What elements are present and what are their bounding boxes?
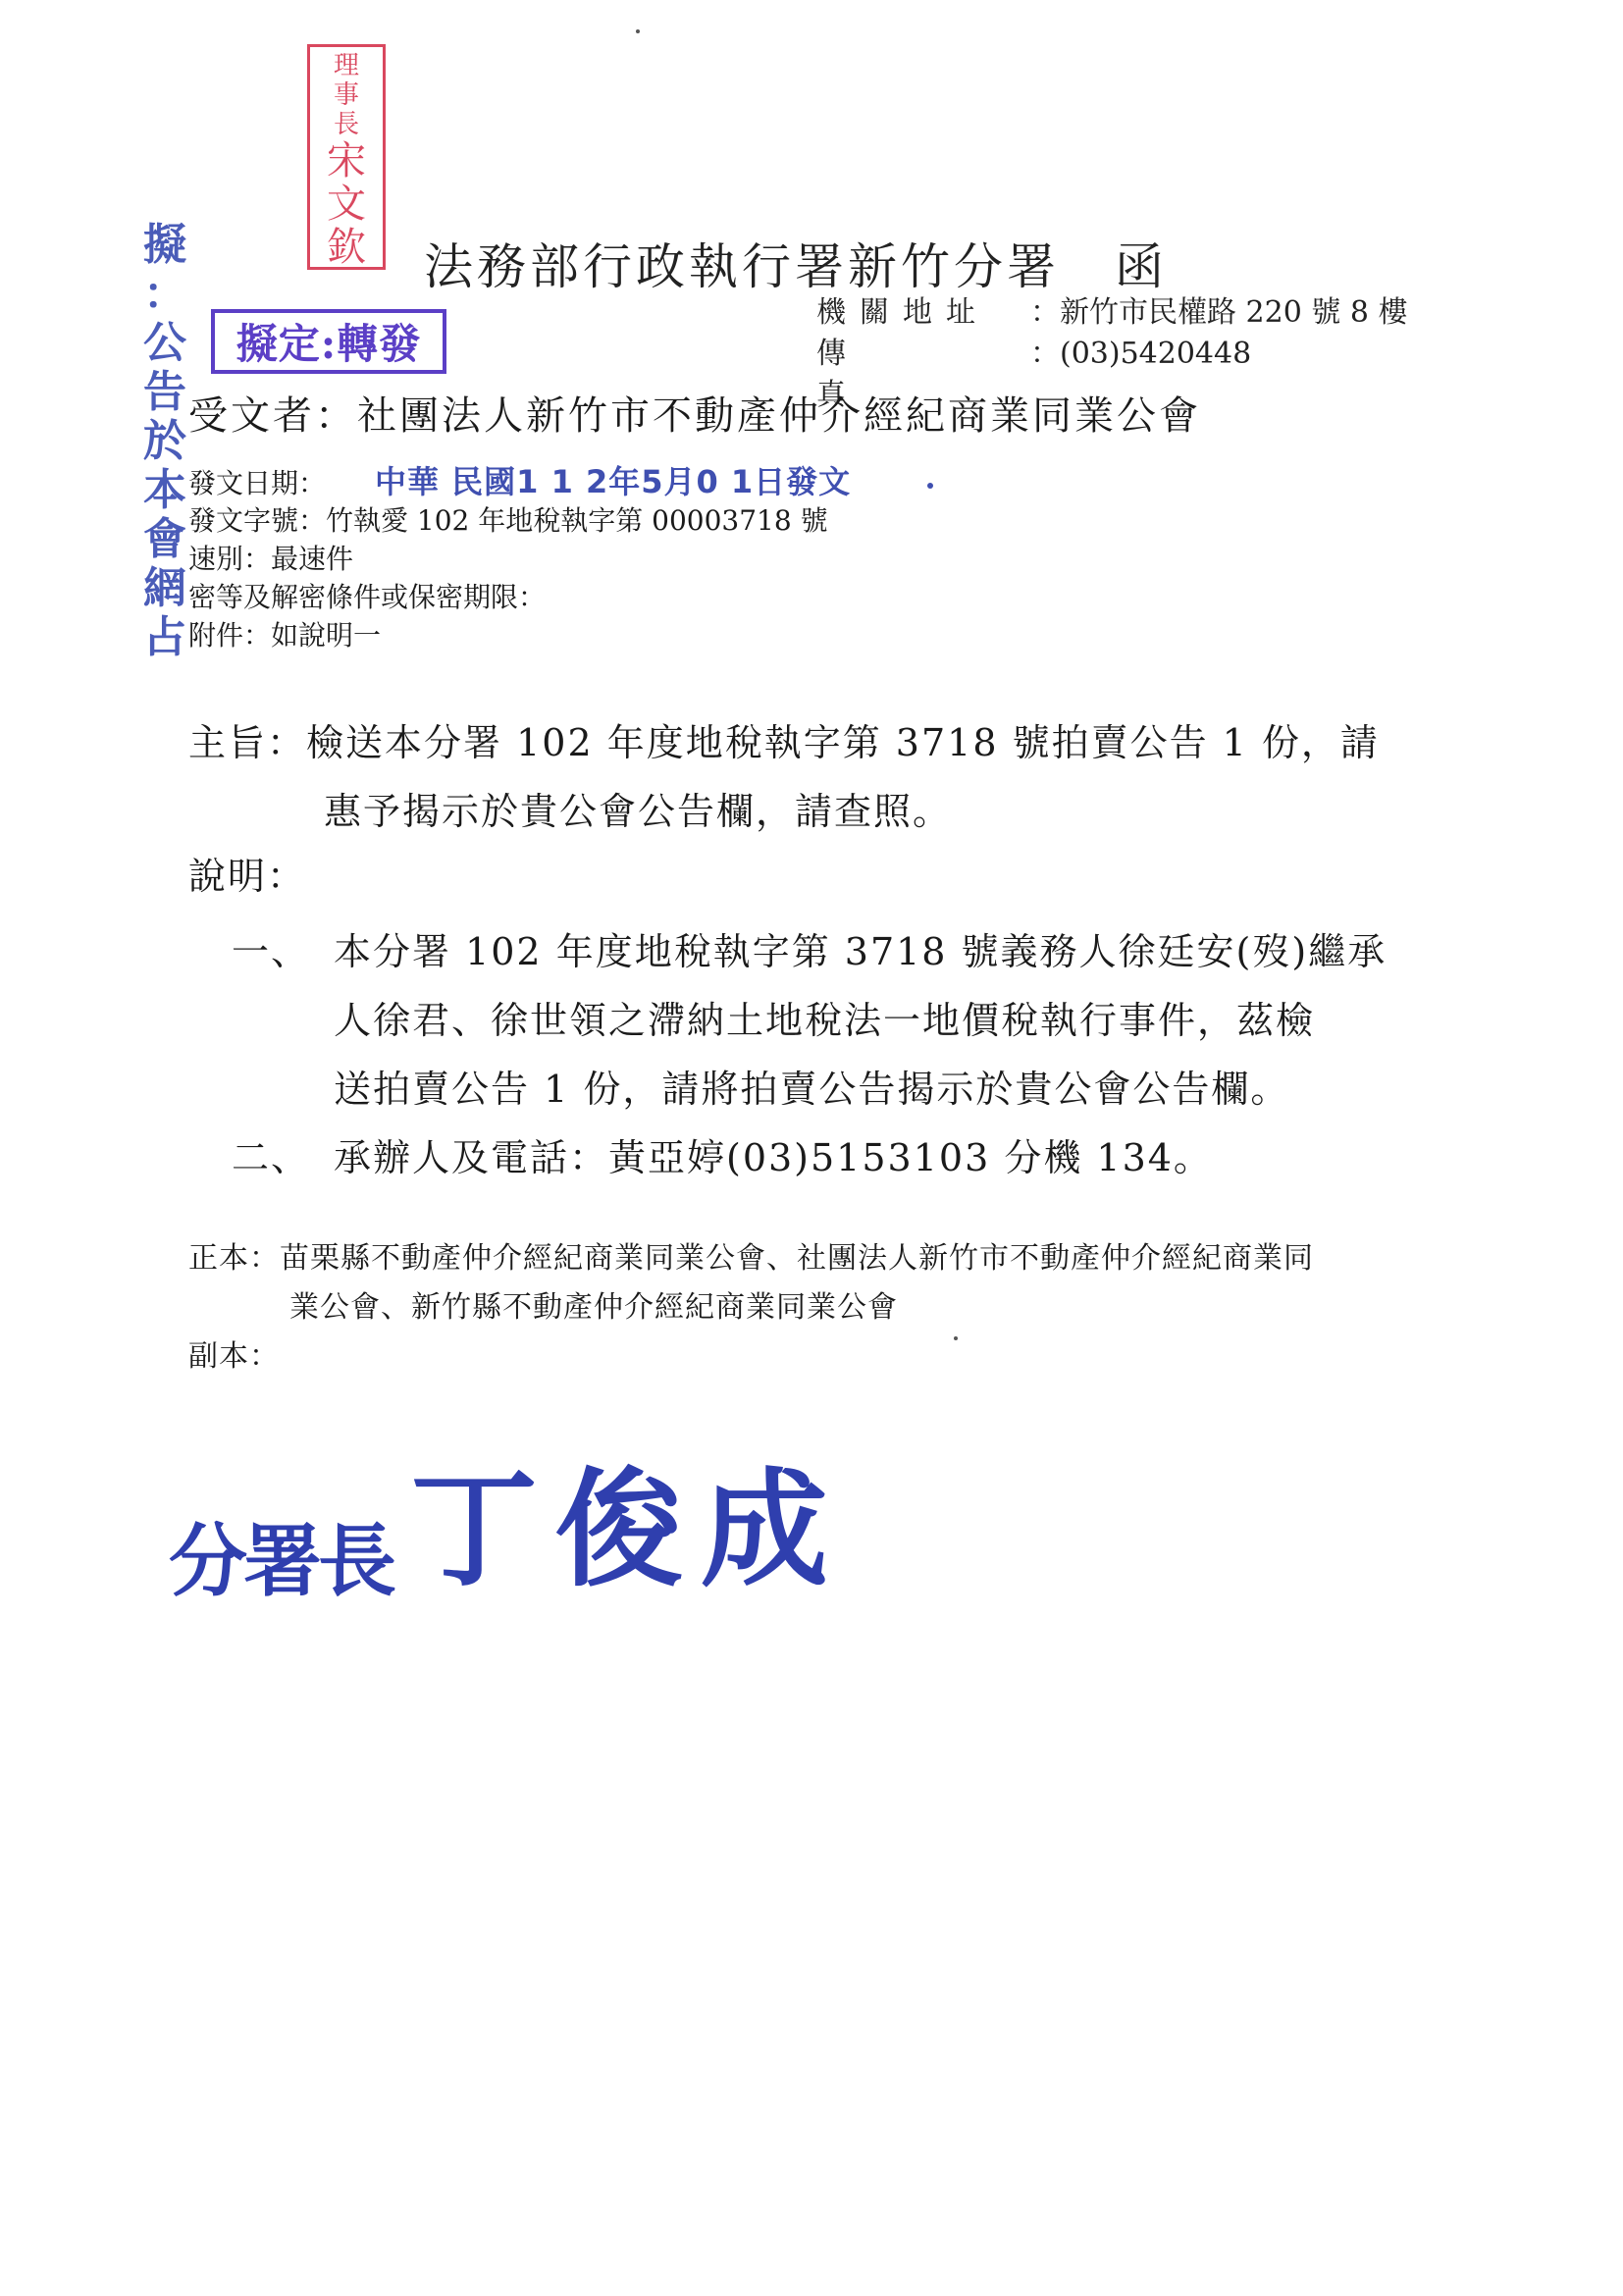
seal-char: 宋 bbox=[327, 139, 366, 183]
approval-stamp: 擬定:轉發 bbox=[211, 309, 446, 374]
scan-speck bbox=[954, 1336, 958, 1340]
receiver-label: 受文者 bbox=[188, 393, 315, 439]
explanation-label: 說明： bbox=[188, 846, 306, 900]
item-line: 本分署 102 年度地稅執字第 3718 號義務人徐廷安(歿)繼承 bbox=[334, 917, 1531, 986]
signature-role: 分署長 bbox=[169, 1498, 393, 1611]
signature-name: 丁俊成 bbox=[410, 1428, 846, 1611]
issue-date-stamp: 中華 民國1 1 2年5月0 1日發文 bbox=[375, 463, 851, 500]
annotation-char: 網 bbox=[143, 564, 186, 613]
document-title: 法務部行政執行署新竹分署函 bbox=[424, 228, 1168, 298]
date-stamp-dot bbox=[927, 483, 933, 489]
issue-date-label: 發文日期： bbox=[188, 467, 326, 499]
distribution-section: 正本：苗栗縣不動產仲介經紀商業同業公會、社團法人新竹市不動產仲介經紀商業同 業公… bbox=[188, 1234, 1314, 1382]
seal-char: 文 bbox=[327, 183, 366, 226]
original-recipients: 苗栗縣不動產仲介經紀商業同業公會、社團法人新竹市不動產仲介經紀商業同 bbox=[280, 1241, 1314, 1276]
original-recipients-line-1: 正本：苗栗縣不動產仲介經紀商業同業公會、社團法人新竹市不動產仲介經紀商業同 bbox=[188, 1234, 1314, 1283]
vertical-annotation-stamp: 擬 ： 公 告 於 本 會 網 占 bbox=[137, 221, 192, 662]
doc-number-value: ：竹執愛 102 年地稅執字第 00003718 號 bbox=[298, 504, 828, 537]
seal-char: 長 bbox=[334, 110, 359, 139]
annotation-char: 本 bbox=[143, 466, 186, 515]
document-type: 函 bbox=[1115, 238, 1168, 295]
subject-label: 主旨： bbox=[188, 721, 306, 764]
director-signature-stamp: 分署長 丁俊成 bbox=[169, 1428, 846, 1611]
scan-speck bbox=[636, 29, 640, 33]
annotation-char: ： bbox=[143, 270, 186, 319]
attachment-row: 附件：如說明一 bbox=[188, 616, 851, 654]
issue-date-row: 發文日期：中華 民國1 1 2年5月0 1日發文 bbox=[188, 463, 851, 501]
item-line: 承辦人及電話：黃亞婷(03)5153103 分機 134。 bbox=[334, 1123, 1531, 1192]
agency-name: 法務部行政執行署新竹分署 bbox=[424, 238, 1060, 295]
explanation-item: 一、 本分署 102 年度地稅執字第 3718 號義務人徐廷安(歿)繼承 人徐君… bbox=[232, 917, 1531, 1123]
attachment-label: 附件 bbox=[188, 619, 243, 652]
annotation-char: 公 bbox=[143, 319, 186, 368]
explanation-item: 二、 承辦人及電話：黃亞婷(03)5153103 分機 134。 bbox=[232, 1123, 1531, 1192]
subject-text: 檢送本分署 102 年度地稅執字第 3718 號拍賣公告 1 份，請 bbox=[306, 721, 1380, 764]
subject-line-1: 主旨：檢送本分署 102 年度地稅執字第 3718 號拍賣公告 1 份，請 bbox=[188, 708, 1380, 777]
receiver-line: 受文者：社團法人新竹市不動產仲介經紀商業同業公會 bbox=[188, 385, 1201, 441]
annotation-char: 占 bbox=[143, 613, 186, 662]
address-value: ：新竹市民權路 220 號 8 樓 bbox=[1030, 292, 1408, 334]
annotation-char: 擬 bbox=[143, 221, 186, 270]
explanation-section: 一、 本分署 102 年度地稅執字第 3718 號義務人徐廷安(歿)繼承 人徐君… bbox=[232, 917, 1531, 1192]
subject-section: 主旨：檢送本分署 102 年度地稅執字第 3718 號拍賣公告 1 份，請 惠予… bbox=[188, 708, 1380, 846]
item-line: 人徐君、徐世領之滯納土地稅法一地價稅執行事件，茲檢 bbox=[334, 986, 1531, 1055]
document-meta: 發文日期：中華 民國1 1 2年5月0 1日發文 發文字號：竹執愛 102 年地… bbox=[188, 463, 851, 654]
annotation-char: 於 bbox=[143, 417, 186, 466]
secrecy-label: 密等及解密條件或保密期限： bbox=[188, 581, 546, 613]
subject-line-2: 惠予揭示於貴公會公告欄，請查照。 bbox=[188, 777, 1380, 846]
doc-number-label: 發文字號 bbox=[188, 504, 298, 537]
attachment-value: ：如說明一 bbox=[243, 619, 381, 652]
seal-char: 事 bbox=[334, 80, 359, 110]
doc-number-row: 發文字號：竹執愛 102 年地稅執字第 00003718 號 bbox=[188, 501, 851, 540]
address-row: 機關地址 ：新竹市民權路 220 號 8 樓 bbox=[816, 292, 1408, 334]
annotation-char: 會 bbox=[143, 515, 186, 564]
annotation-char: 告 bbox=[143, 368, 186, 417]
item-line: 送拍賣公告 1 份，請將拍賣公告揭示於貴公會公告欄。 bbox=[334, 1055, 1531, 1123]
receiver-value: ：社團法人新竹市不動產仲介經紀商業同業公會 bbox=[315, 393, 1201, 439]
item-text: 承辦人及電話：黃亞婷(03)5153103 分機 134。 bbox=[334, 1123, 1531, 1192]
item-number: 一、 bbox=[232, 917, 334, 1123]
original-label: 正本： bbox=[188, 1241, 280, 1276]
speed-label: 速別 bbox=[188, 543, 243, 575]
seal-char: 欽 bbox=[327, 226, 366, 269]
original-recipients-line-2: 業公會、新竹縣不動產仲介經紀商業同業公會 bbox=[188, 1283, 1314, 1332]
address-label: 機關地址 bbox=[816, 292, 1030, 334]
item-number: 二、 bbox=[232, 1123, 334, 1192]
item-text: 本分署 102 年度地稅執字第 3718 號義務人徐廷安(歿)繼承 人徐君、徐世… bbox=[334, 917, 1531, 1123]
secrecy-row: 密等及解密條件或保密期限： bbox=[188, 578, 851, 616]
copy-label: 副本： bbox=[188, 1332, 1314, 1382]
seal-char: 理 bbox=[334, 51, 359, 80]
speed-value: ：最速件 bbox=[243, 543, 353, 575]
chairman-seal-stamp: 理 事 長 宋 文 欽 bbox=[307, 44, 386, 270]
speed-row: 速別：最速件 bbox=[188, 540, 851, 578]
